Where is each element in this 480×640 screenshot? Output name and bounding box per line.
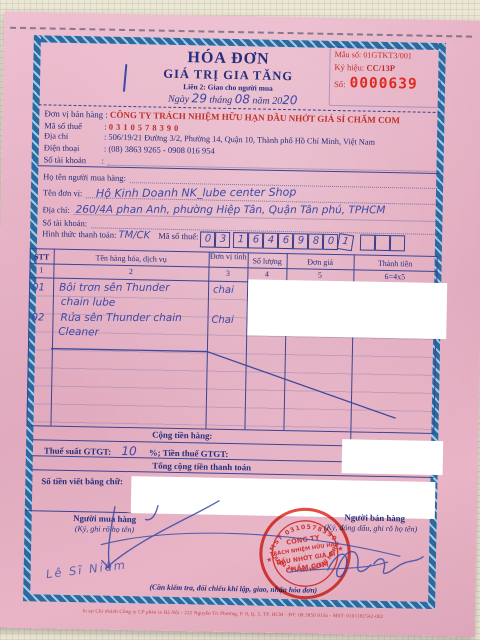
taxcode-digit-box: 8 xyxy=(308,234,323,250)
buyer-company-handwritten: Hộ Kinh Doanh NK_lube center Shop xyxy=(96,186,296,200)
taxcode-empty-box xyxy=(375,235,390,251)
serial-value: CC/13P xyxy=(366,63,395,74)
colon: : xyxy=(104,122,107,132)
taxcode-digit-box: 6 xyxy=(248,232,263,248)
seller-phone-label: Điện thoại xyxy=(44,142,102,153)
payment-method-label: Hình thức thanh toán: xyxy=(42,228,116,239)
vat-amount-label: %; Tiền thuế GTGT: xyxy=(149,447,229,459)
invoice-number: 0000639 xyxy=(349,75,417,92)
buyer-address-label: Địa chỉ: xyxy=(43,204,70,215)
colon: : xyxy=(101,156,104,166)
buyer-taxcode-label: Mã số thuế: xyxy=(158,231,198,242)
date-month-handwritten: 08 xyxy=(235,92,251,106)
invoice-meta-box: Mẫu số: 01GTKT3/001 Ký hiệu: CC/13P Số: … xyxy=(329,46,442,108)
seller-phone: (08) 3863 9265 - 0908 016 954 xyxy=(108,144,214,156)
redaction-block-items xyxy=(247,279,447,339)
date-year-handwritten: 20 xyxy=(282,93,298,107)
photo-background: HÓA ĐƠN GIÁ TRỊ GIA TĂNG Liên 2: Giao ch… xyxy=(0,0,480,640)
ink-signatures xyxy=(0,467,476,640)
serial-label: Ký hiệu: xyxy=(334,62,364,73)
buyer-address-handwritten: 260/4A phan Anh, phường Hiệp Tân, Quận T… xyxy=(76,204,386,217)
date-month-label: tháng xyxy=(209,95,232,106)
vat-rate-handwritten: 10 xyxy=(121,444,137,458)
taxcode-digit-box: 0 xyxy=(200,231,215,247)
taxcode-digit-box: 4 xyxy=(263,233,278,249)
colon: : xyxy=(104,133,106,142)
buyer-taxcode-boxes: 0316469801 xyxy=(200,233,405,247)
taxcode-digit-box: 6 xyxy=(278,233,293,249)
buyer-name-label: Họ tên người mua hàng: xyxy=(43,171,126,183)
vat-rate-label: Thuế suất GTGT: xyxy=(44,445,111,456)
date-year-label: năm 20 xyxy=(252,95,282,107)
colon: : xyxy=(104,144,107,154)
colon: : xyxy=(105,110,108,120)
date-line: Ngày 29 tháng 08 năm 2020 xyxy=(123,90,343,108)
date-day-handwritten: 29 xyxy=(192,91,208,105)
seller-account-label: Số tài khoản xyxy=(43,154,101,165)
taxcode-digit-box: 3 xyxy=(215,232,230,248)
date-prefix: Ngày xyxy=(168,94,189,105)
taxcode-empty-box xyxy=(390,235,405,251)
taxcode-empty-box xyxy=(360,234,375,250)
invoice-sheet: HÓA ĐƠN GIÁ TRỊ GIA TĂNG Liên 2: Giao ch… xyxy=(0,12,480,637)
seller-taxcode: 0310578390 xyxy=(109,122,182,133)
seller-name-label: Đơn vị bán hàng xyxy=(44,108,103,119)
seller-address-label: Địa chỉ xyxy=(44,131,102,141)
vat-row: Thuế suất GTGT: 10 %; Tiền thuế GTGT: xyxy=(44,442,229,460)
redaction-block-totals xyxy=(342,439,444,475)
buyer-company-label: Tên đơn vị: xyxy=(43,187,83,198)
seller-taxcode-label: Mã số thuế xyxy=(44,120,102,131)
form-number: Mẫu số: 01GTKT3/001 xyxy=(335,50,437,61)
payment-method-handwritten: TM/CK xyxy=(118,230,150,242)
number-label: Số: xyxy=(334,79,346,89)
taxcode-digit-box: 1 xyxy=(233,232,248,248)
taxcode-digit-box: 1 xyxy=(337,233,354,251)
void-strike-lines xyxy=(26,248,439,436)
taxcode-digit-box: 9 xyxy=(293,233,308,249)
